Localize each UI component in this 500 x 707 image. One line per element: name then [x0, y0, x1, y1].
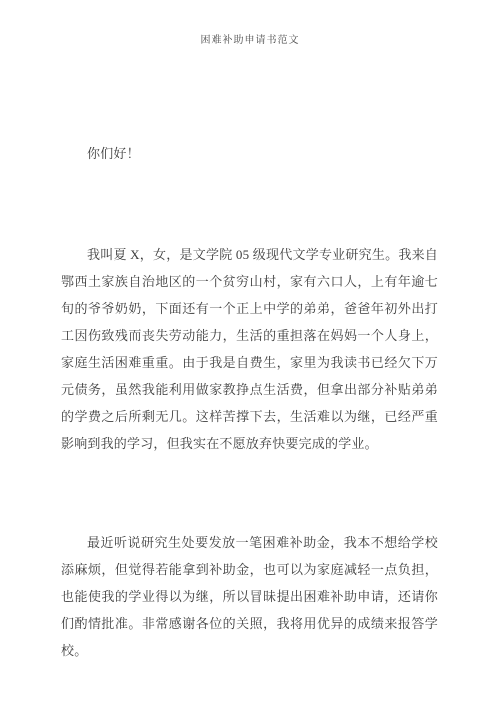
paragraph-personal-situation: 我叫夏 X，女，是文学院 05 级现代文学专业研究生。我来自鄂西土家族自治地区的… — [61, 241, 438, 457]
document-title: 困难补助申请书范文 — [0, 31, 500, 46]
greeting-line: 你们好！ — [61, 140, 438, 167]
paragraph-subsidy-request: 最近听说研究生处要发放一笔困难补助金，我本不想给学校添麻烦，但觉得若能拿到补助金… — [61, 529, 438, 664]
document-page: 困难补助申请书范文 你们好！ 我叫夏 X，女，是文学院 05 级现代文学专业研究… — [0, 0, 500, 707]
